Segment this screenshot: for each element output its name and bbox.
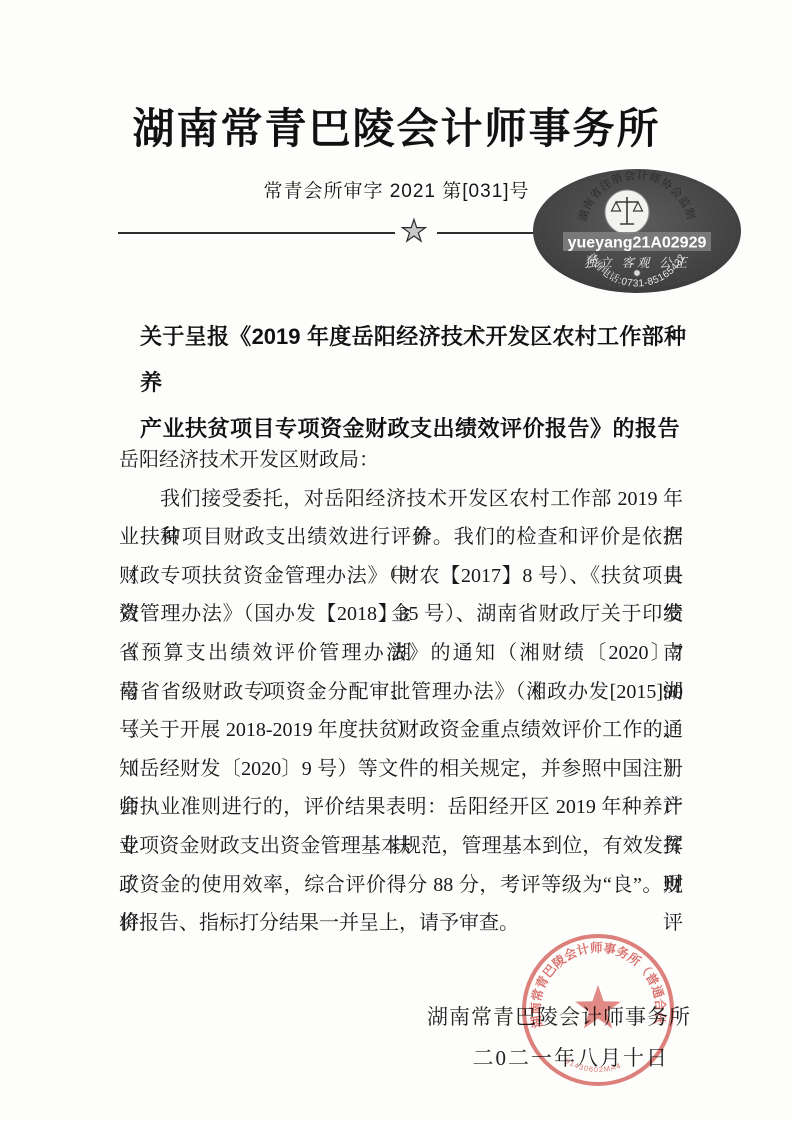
company-seal: 湖南常青巴陵会计师事务所（普通合伙） 91430602MA4 [518, 930, 678, 1095]
body-line: 南省省级财政专项资金分配审批管理办法》（湘政办发[2015]90 号）、 [119, 673, 683, 712]
body-line: 政资金的使用效率，综合评价得分 88 分，考评等级为“良”。现将评 [119, 866, 683, 905]
body-line: 业扶贫项目财政支出绩效进行评价。我们的检查和评价是依据《中央 [119, 518, 683, 557]
divider-line-right [437, 232, 537, 234]
body-line: 我们接受委托，对岳阳经济技术开发区农村工作部 2019 年种养产 [119, 480, 683, 519]
body-line: 省预算支出绩效评价管理办法》的通知（湘财绩〔2020〕7 号）、《湖 [119, 634, 683, 673]
body-line: 师执业准则进行的，评价结果表明：岳阳经开区 2019 年种养产业扶贫 [119, 788, 683, 827]
divider-line-left [118, 232, 395, 234]
star-icon [575, 985, 621, 1028]
report-title-line1: 关于呈报《2019 年度岳阳经济技术开发区农村工作部种养 [140, 314, 686, 406]
seal-dot [634, 270, 640, 276]
body-line: 专项资金财政支出资金管理基本规范，管理基本到位，有效发挥了财 [119, 827, 683, 866]
letterhead-title: 湖南常青巴陵会计师事务所 [0, 96, 793, 156]
scales-icon [605, 190, 649, 234]
body-line: 效管理办法》（国办发【2018】35 号）、湖南省财政厅关于印发《湖南 [119, 595, 683, 634]
association-seal: 湖南省注册会计师协会监制 yueyang21A02929 独立 客观 公正 查询… [531, 167, 744, 302]
salutation: 岳阳经济技术开发区财政局： [119, 441, 683, 480]
document-page: 湖南常青巴陵会计师事务所 常青会所审字 2021 第[031]号 ★ 湖南省注册… [0, 0, 793, 1121]
seal-credit-code: 91430602MA4 [564, 1056, 623, 1074]
seal-license-code: yueyang21A02929 [568, 235, 707, 252]
body-text: 岳阳经济技术开发区财政局： 我们接受委托，对岳阳经济技术开发区农村工作部 201… [119, 441, 683, 943]
body-line: （岳经财发〔2020〕9 号）等文件的相关规定，并参照中国注册会计 [119, 750, 683, 789]
star-icon: ★ [392, 214, 436, 250]
report-title: 关于呈报《2019 年度岳阳经济技术开发区农村工作部种养 产业扶贫项目专项资金财… [140, 314, 686, 452]
body-line: 财政专项扶贫资金管理办法》（财农【2017】8 号）、《扶贫项目资金绩 [119, 557, 683, 596]
body-line: 《关于开展 2018-2019 年度扶贫财政资金重点绩效评价工作的通知》 [119, 711, 683, 750]
